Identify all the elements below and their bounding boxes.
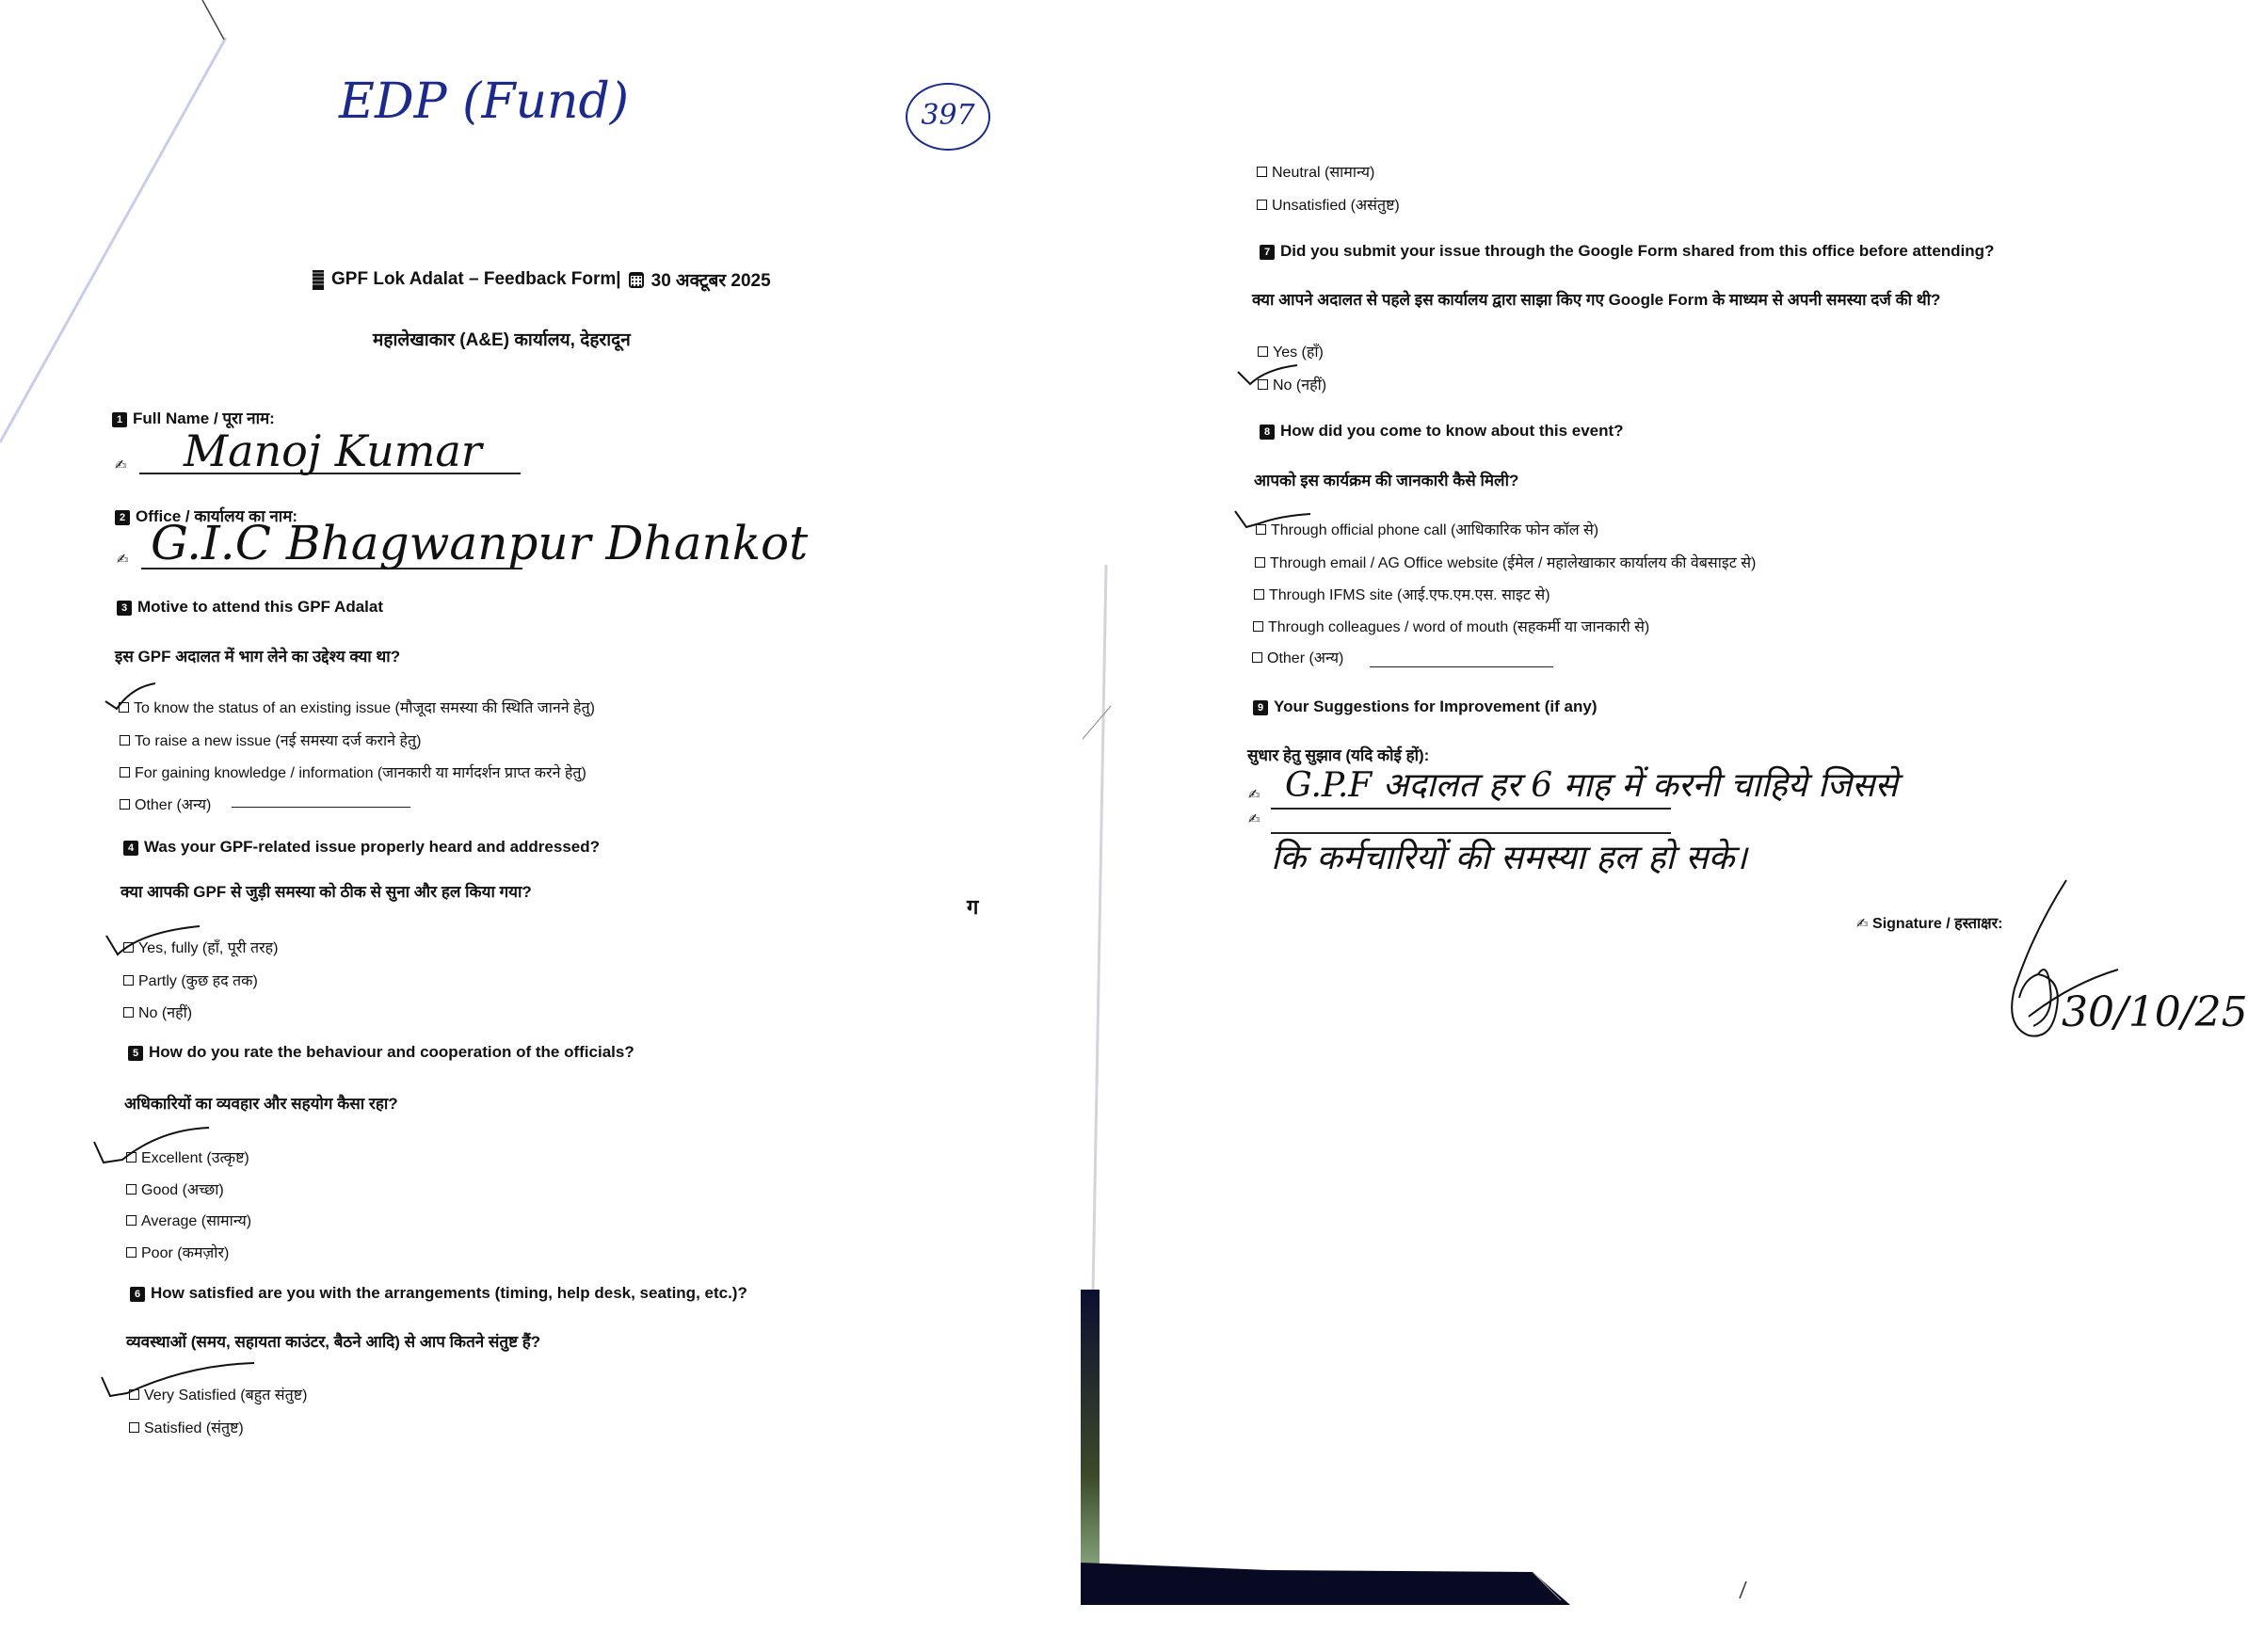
q7-option-yes[interactable]: Yes (हाँ) <box>1258 341 1324 361</box>
q4-option-yes-fully[interactable]: Yes, fully (हाँ, पूरी तरह) <box>123 937 278 957</box>
signature-date: 30/10/25 <box>2062 988 2248 1036</box>
checkbox[interactable] <box>120 799 130 810</box>
checkbox[interactable] <box>1254 589 1264 600</box>
checkbox[interactable] <box>126 1184 136 1195</box>
q8-option-phone-call[interactable]: Through official phone call (आधिकारिक फो… <box>1256 519 1598 539</box>
pen-writing-icon: ✍ <box>115 457 127 473</box>
suggestion-line-1[interactable]: G.P.F अदालत हर 6 माह में करनी चाहिये जिस… <box>1285 761 1898 807</box>
q2-number-badge: 2 <box>115 510 130 525</box>
q5-option-poor[interactable]: Poor (कमज़ोर) <box>126 1242 229 1262</box>
q4-option-partly[interactable]: Partly (कुछ हद तक) <box>123 970 258 990</box>
q3-number-badge: 3 <box>117 601 132 616</box>
q5-option-excellent[interactable]: Excellent (उत्कृष्ट) <box>126 1147 249 1167</box>
q8-other-field[interactable] <box>1370 666 1553 667</box>
q4-option-no[interactable]: No (नहीं) <box>123 1002 192 1022</box>
office-name-field[interactable]: G.I.C Bhagwanpur Dhankot <box>151 516 808 570</box>
q5-option-good[interactable]: Good (अच्छा) <box>126 1179 224 1199</box>
office-heading: महालेखाकार (A&E) कार्यालय, देहरादून <box>373 327 631 351</box>
q8-option-other[interactable]: Other (अन्य) <box>1252 647 1343 667</box>
q4-label: 4Was your GPF-related issue properly hea… <box>123 838 600 857</box>
handwritten-note-edp: EDP (Fund) <box>339 73 629 130</box>
scanner-background <box>1081 1290 1100 1600</box>
q7-number-badge: 7 <box>1260 245 1275 260</box>
stray-mark: ग <box>967 892 978 921</box>
checkbox[interactable] <box>1257 200 1267 210</box>
checkbox[interactable] <box>120 767 130 778</box>
building-icon <box>313 270 324 290</box>
form-date: 30 अक्टूबर 2025 <box>651 267 771 292</box>
form-title-row: GPF Lok Adalat – Feedback Form| 30 अक्टू… <box>313 267 771 292</box>
q4-number-badge: 4 <box>123 841 138 856</box>
full-name-field[interactable]: Manoj Kumar <box>184 425 482 476</box>
form-title: GPF Lok Adalat – Feedback Form| <box>331 269 621 290</box>
q3-label-text: Motive to attend this GPF Adalat <box>137 598 383 616</box>
q6-option-very-satisfied[interactable]: Very Satisfied (बहुत संतुष्ट) <box>129 1384 307 1404</box>
pen-writing-icon: ✍ <box>1856 915 1869 932</box>
q7-label-hindi: क्या आपने अदालत से पहले इस कार्यालय द्वा… <box>1252 288 1940 310</box>
checkbox[interactable] <box>1256 524 1266 535</box>
checkbox[interactable] <box>129 1422 139 1433</box>
q6-number-badge: 6 <box>130 1287 145 1302</box>
checkbox[interactable] <box>1258 379 1268 390</box>
checkbox[interactable] <box>1252 652 1262 663</box>
signature-label: Signature / हस्ताक्षर: <box>1872 916 2002 932</box>
pen-writing-icon: ✍ <box>1248 786 1260 803</box>
q3-other-field[interactable] <box>232 807 410 808</box>
checkbox[interactable] <box>126 1215 136 1226</box>
q5-option-average[interactable]: Average (सामान्य) <box>126 1210 251 1230</box>
circled-number-text: 397 <box>907 85 988 147</box>
q5-label-hindi: अधिकारियों का व्यवहार और सहयोग कैसा रहा? <box>124 1092 398 1114</box>
checkbox[interactable] <box>123 1007 134 1018</box>
q4-label-hindi: क्या आपकी GPF से जुड़ी समस्या को ठीक से … <box>120 880 532 902</box>
checkbox[interactable] <box>123 975 134 986</box>
q4-label-text: Was your GPF-related issue properly hear… <box>144 838 600 856</box>
checkbox[interactable] <box>126 1247 136 1258</box>
q3-label: 3Motive to attend this GPF Adalat <box>117 598 383 617</box>
q8-label-text: How did you come to know about this even… <box>1280 422 1624 440</box>
checkbox[interactable] <box>1255 557 1265 568</box>
q3-option-existing-issue[interactable]: To know the status of an existing issue … <box>119 697 595 717</box>
q6-label-hindi: व्यवस्थाओं (समय, सहायता काउंटर, बैठने आद… <box>126 1330 540 1352</box>
q8-number-badge: 8 <box>1260 425 1275 440</box>
q5-label-text: How do you rate the behaviour and cooper… <box>149 1043 634 1061</box>
checkbox[interactable] <box>126 1152 136 1163</box>
q8-option-email-website[interactable]: Through email / AG Office website (ईमेल … <box>1255 552 1756 572</box>
checkbox[interactable] <box>119 702 129 713</box>
signature-label-row: ✍ Signature / हस्ताक्षर: <box>1856 912 2003 933</box>
q6-label: 6How satisfied are you with the arrangem… <box>130 1284 747 1303</box>
checkbox[interactable] <box>1253 621 1263 632</box>
q9-underline-1 <box>1271 808 1671 810</box>
pen-writing-icon: ✍ <box>1248 810 1260 827</box>
pen-writing-icon: ✍ <box>117 551 129 568</box>
q6-label-text: How satisfied are you with the arrangeme… <box>151 1284 747 1302</box>
q7-label-text: Did you submit your issue through the Go… <box>1280 242 1994 260</box>
q8-option-ifms-site[interactable]: Through IFMS site (आई.एफ.एम.एस. साइट से) <box>1254 584 1550 604</box>
checkbox[interactable] <box>1258 346 1268 357</box>
q1-number-badge: 1 <box>112 412 127 427</box>
circled-number: 397 <box>906 83 990 151</box>
calendar-icon <box>629 272 644 288</box>
q7-label: 7Did you submit your issue through the G… <box>1260 242 1994 261</box>
q7-option-no[interactable]: No (नहीं) <box>1258 374 1326 394</box>
q3-option-knowledge[interactable]: For gaining knowledge / information (जान… <box>120 762 586 782</box>
q6-option-unsatisfied[interactable]: Unsatisfied (असंतुष्ट) <box>1257 194 1400 215</box>
q6-option-neutral[interactable]: Neutral (सामान्य) <box>1257 161 1374 182</box>
checkbox[interactable] <box>120 735 130 746</box>
q5-label: 5How do you rate the behaviour and coope… <box>128 1043 634 1062</box>
suggestion-line-2[interactable]: कि कर्मचारियों की समस्या हल हो सके। <box>1271 833 1747 879</box>
checkbox[interactable] <box>1257 167 1267 177</box>
q9-number-badge: 9 <box>1253 700 1268 715</box>
q3-label-hindi: इस GPF अदालत में भाग लेने का उद्देश्य क्… <box>115 645 400 666</box>
checkbox[interactable] <box>129 1389 139 1400</box>
q6-option-satisfied[interactable]: Satisfied (संतुष्ट) <box>129 1417 244 1437</box>
q3-option-new-issue[interactable]: To raise a new issue (नई समस्या दर्ज करा… <box>120 730 421 750</box>
q9-label-text: Your Suggestions for Improvement (if any… <box>1274 698 1598 715</box>
q3-option-other[interactable]: Other (अन्य) <box>120 794 211 814</box>
checkbox[interactable] <box>123 942 134 953</box>
scanner-background-bottom <box>1081 1563 1570 1605</box>
q9-label: 9Your Suggestions for Improvement (if an… <box>1253 698 1598 716</box>
q8-label-hindi: आपको इस कार्यक्रम की जानकारी कैसे मिली? <box>1254 469 1518 490</box>
q8-label: 8How did you come to know about this eve… <box>1260 422 1624 441</box>
q8-option-colleagues[interactable]: Through colleagues / word of mouth (सहकर… <box>1253 616 1649 636</box>
q5-number-badge: 5 <box>128 1046 143 1061</box>
